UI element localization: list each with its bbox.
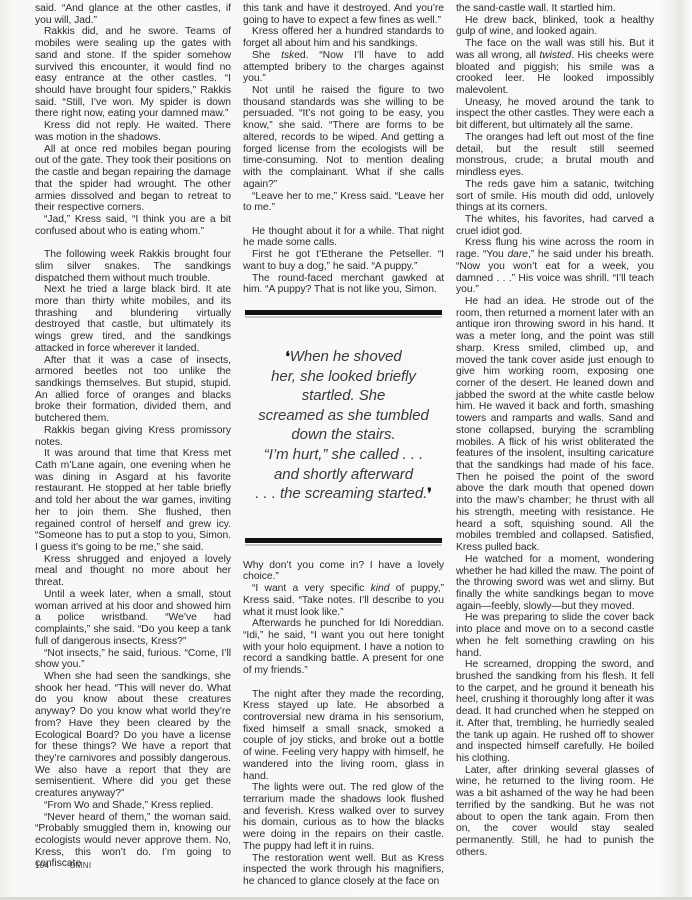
paragraph: The restoration went well. But as Kress … [243,853,444,888]
magazine-page: said. “And glance at the other castles, … [0,0,692,900]
paragraph: Kress flung his wine across the room in … [456,237,654,296]
paragraph: He screamed, dropping the sword, and bru… [456,659,654,764]
page-number: 104 [35,861,49,870]
paragraph: Why don’t you come in? I have a lovely c… [243,560,444,583]
paragraph: The following week Rakkis brought four s… [35,249,231,284]
paragraph: Until a week later, when a small, stout … [35,589,231,648]
paragraph: All at once red mobiles began pouring ou… [35,144,231,214]
paragraph: Not until he raised the figure to two th… [243,85,444,190]
paragraph: He thought about it for a while. That ni… [243,226,444,249]
paragraph: “Not insects,” he said, furious. “Come, … [35,648,231,671]
paragraph: After that it was a case of insects, arm… [35,355,231,425]
paragraph: When she had seen the sandkings, she sho… [35,671,231,800]
paragraph: First he got t’Etherane the Petseller. “… [243,249,444,272]
paragraph: The round-faced merchant gawked at him. … [243,273,444,296]
middle-column-top-text: this tank and have it destroyed. And you… [243,3,444,296]
paragraph: He had an idea. He strode out of the roo… [456,296,654,554]
paragraph: He watched for a moment, wondering wheth… [456,554,654,613]
paragraph: “Leave her to me,” Kress said. “Leave he… [243,191,444,214]
paragraph: Rakkis began giving Kress promissory not… [35,425,231,448]
paragraph: The reds gave him a satanic, twitching s… [456,179,654,214]
text-column-right: the sand-castle wall. It startled him.He… [456,3,654,858]
paragraph: Later, after drinking several glasses of… [456,765,654,859]
paragraph: “I want a very specific kind of puppy,” … [243,583,444,618]
paragraph: It was around that time that Kress met C… [35,448,231,553]
magazine-name: OMNI [69,861,91,870]
paragraph: The lights were out. The red glow of the… [243,782,444,852]
middle-column-bottom-text: Why don’t you come in? I have a lovely c… [243,560,444,888]
paragraph: Afterwards he punched for Idi Noreddian.… [243,618,444,677]
pull-quote-bottom-rule [245,538,442,544]
paragraph: Uneasy, he moved around the tank to insp… [456,97,654,132]
paragraph: “From Wo and Shade,” Kress replied. [35,800,231,812]
paragraph: the sand-castle wall. It startled him. [456,3,654,15]
paragraph: He was preparing to slide the cover back… [456,612,654,659]
paragraph: The oranges had left out most of the fin… [456,132,654,179]
paragraph: said. “And glance at the other castles, … [35,3,231,26]
paragraph: this tank and have it destroyed. And you… [243,3,444,26]
paragraph: The whites, his favorites, had carved a … [456,214,654,237]
paragraph: The night after they made the recording,… [243,689,444,783]
paragraph: Next he tried a large black bird. It ate… [35,284,231,354]
paragraph: Rakkis did, and he swore. Teams of mobil… [35,26,231,120]
pull-quote: ❛When he shovedher, she looked brieflyst… [243,347,444,504]
close-quote-mark-icon: ❜ [427,485,431,501]
page-footer: 104OMNI [35,861,111,870]
paragraph: “Jad,” Kress said, “I think you are a bi… [35,214,231,237]
pull-quote-top-rule [245,310,442,316]
paragraph: Kress offered her a hundred standards to… [243,26,444,49]
text-column-middle: this tank and have it destroyed. And you… [243,3,444,888]
paragraph: Kress did not reply. He waited. There wa… [35,120,231,143]
paragraph: Kress shrugged and enjoyed a lovely meal… [35,554,231,589]
paragraph: The face on the wall was still his. But … [456,38,654,97]
paragraph: He drew back, blinked, took a healthy gu… [456,15,654,38]
paragraph: She tsked. “Now I’ll have to add attempt… [243,50,444,85]
text-column-left: said. “And glance at the other castles, … [35,3,231,870]
pull-quote-lines: When he shovedher, she looked brieflysta… [255,348,429,502]
